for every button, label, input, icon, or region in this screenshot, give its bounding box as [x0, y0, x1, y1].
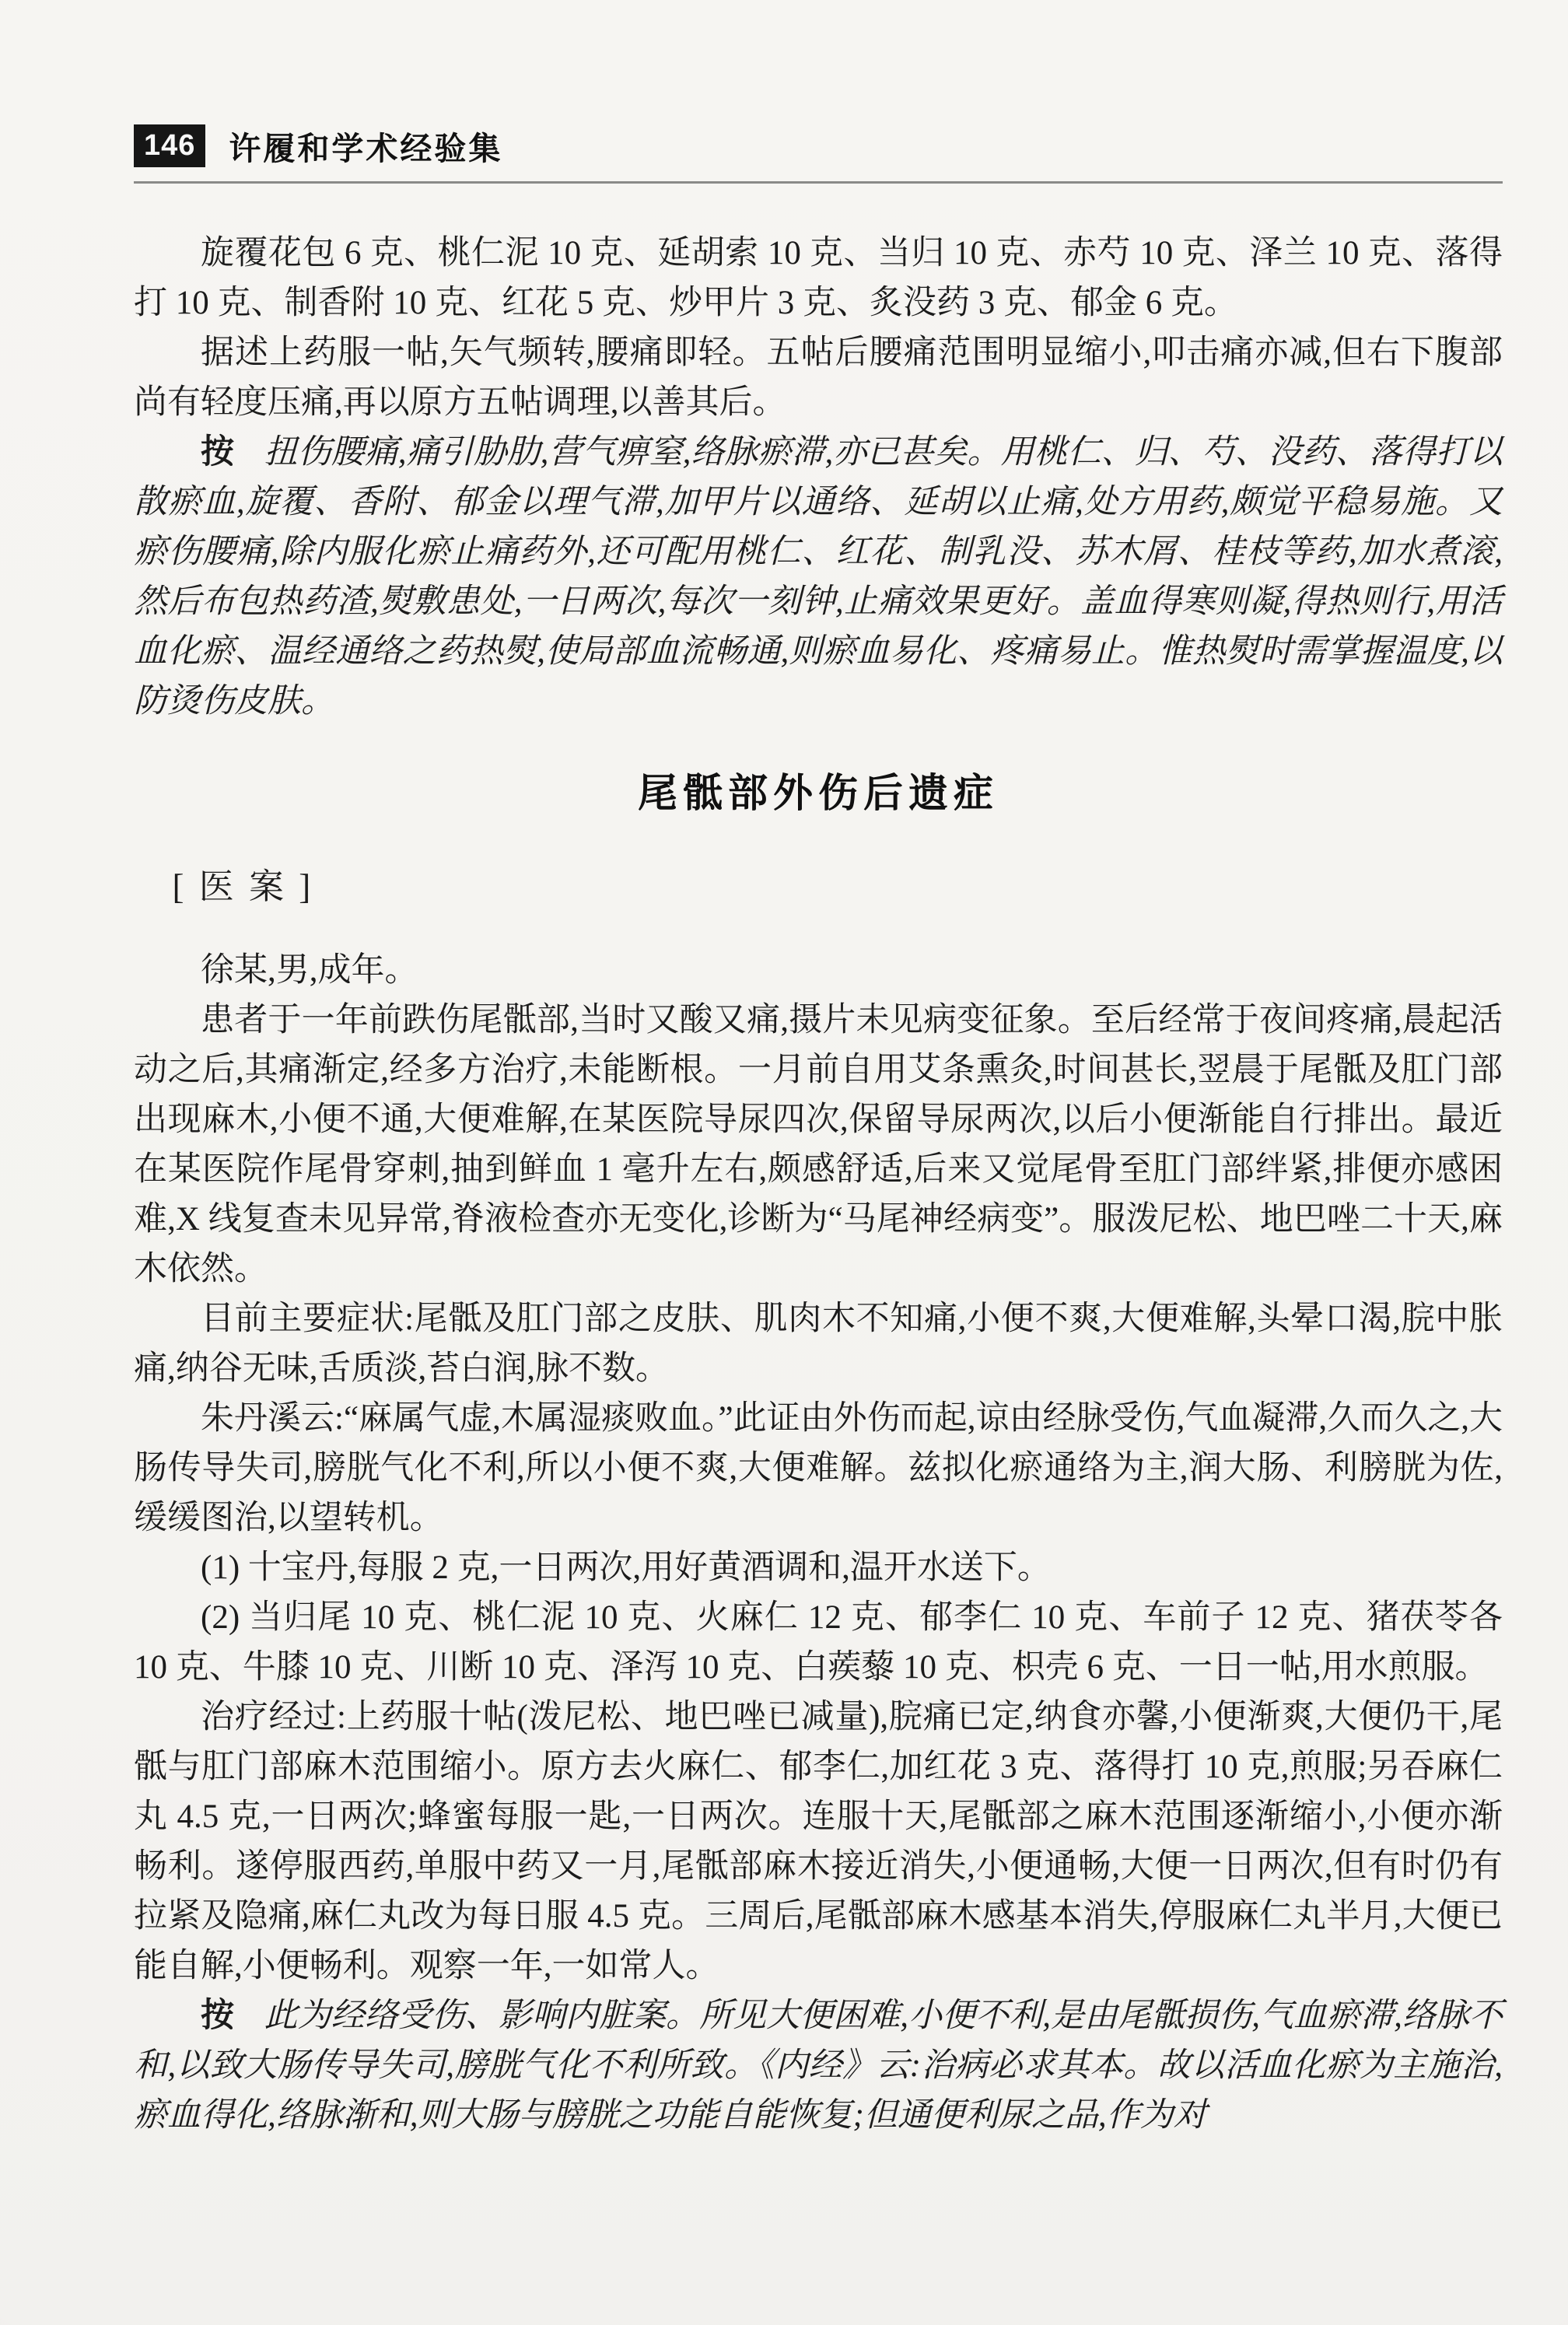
- case-history-paragraph: 患者于一年前跌伤尾骶部,当时又酸又痛,摄片未见病变征象。至后经常于夜间疼痛,晨起…: [134, 996, 1503, 1294]
- patient-info-paragraph: 徐某,男,成年。: [134, 946, 1503, 996]
- symptoms-paragraph: 目前主要症状:尾骶及肛门部之皮肤、肌肉木不知痛,小便不爽,大便难解,头晕口渴,脘…: [134, 1294, 1503, 1394]
- page-header: 146 许履和学术经验集: [134, 123, 1503, 184]
- commentary-paragraph: 按扭伤腰痛,痛引胁肋,营气痹窒,络脉瘀滞,亦已甚矣。用桃仁、归、芍、没药、落得打…: [134, 428, 1503, 727]
- treatment-result-paragraph: 据述上药服一帖,矢气频转,腰痛即轻。五帖后腰痛范围明显缩小,叩击痛亦减,但右下腹…: [134, 328, 1503, 428]
- book-page: 146 许履和学术经验集 旋覆花包 6 克、桃仁泥 10 克、延胡索 10 克、…: [0, 0, 1568, 2325]
- commentary-paragraph-2: 按此为经络受伤、影响内脏案。所见大便困难,小便不利,是由尾骶损伤,气血瘀滞,络脉…: [134, 1991, 1503, 2141]
- commentary-text-2: 此为经络受伤、影响内脏案。所见大便困难,小便不利,是由尾骶损伤,气血瘀滞,络脉不…: [134, 1998, 1503, 2134]
- prescription-list-paragraph: 旋覆花包 6 克、桃仁泥 10 克、延胡索 10 克、当归 10 克、赤芍 10…: [134, 229, 1503, 328]
- prescription-item-1: (1) 十宝丹,每服 2 克,一日两次,用好黄酒调和,温开水送下。: [134, 1543, 1503, 1593]
- diagnosis-analysis-paragraph: 朱丹溪云:“麻属气虚,木属湿痰败血。”此证由外伤而起,谅由经脉受伤,气血凝滞,久…: [134, 1394, 1503, 1543]
- page-body: 旋覆花包 6 克、桃仁泥 10 克、延胡索 10 克、当归 10 克、赤芍 10…: [134, 229, 1503, 2141]
- commentary-label: 按: [201, 434, 236, 471]
- treatment-course-paragraph: 治疗经过:上药服十帖(泼尼松、地巴唑已减量),脘痛已定,纳食亦馨,小便渐爽,大便…: [134, 1693, 1503, 1991]
- prescription-item-2: (2) 当归尾 10 克、桃仁泥 10 克、火麻仁 12 克、郁李仁 10 克、…: [134, 1593, 1503, 1693]
- case-record-label: [ 医 案 ]: [134, 862, 1503, 912]
- commentary-text: 扭伤腰痛,痛引胁肋,营气痹窒,络脉瘀滞,亦已甚矣。用桃仁、归、芍、没药、落得打以…: [134, 434, 1503, 720]
- section-title: 尾骶部外伤后遗症: [134, 770, 1503, 817]
- page-number-badge: 146: [134, 124, 205, 167]
- commentary-label-2: 按: [201, 1998, 236, 2034]
- book-title: 许履和学术经验集: [229, 123, 502, 169]
